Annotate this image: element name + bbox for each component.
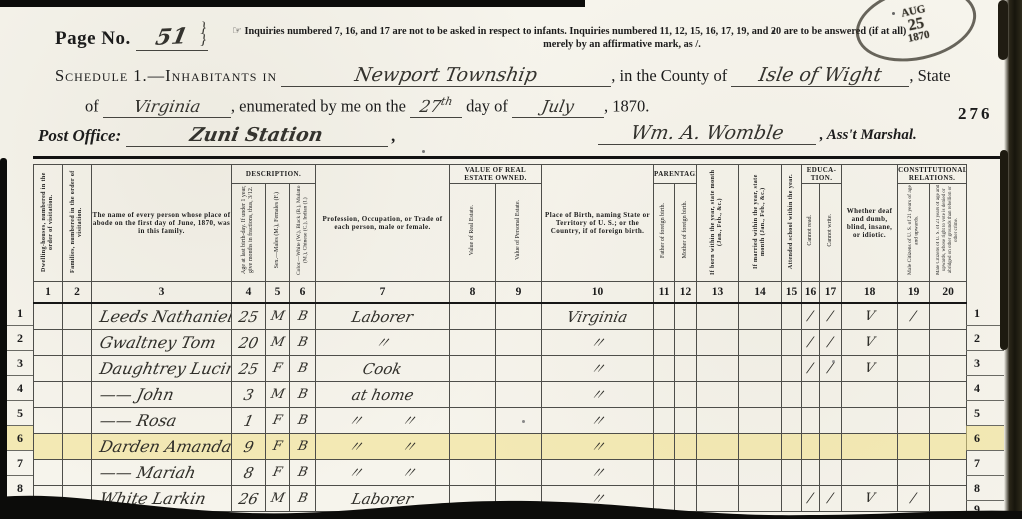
personal-estate-cell <box>496 356 542 382</box>
marshal-line: Wm. A. Womble , Ass't Marshal. <box>598 122 917 145</box>
cannot-write-cell: / <box>820 356 842 382</box>
table-row: Gwaltney Tom 20 M B 〃 〃 / / V <box>34 330 967 356</box>
handwritten-color: B <box>296 387 309 402</box>
of-label: of <box>85 97 99 116</box>
sex-cell: M <box>266 330 290 356</box>
vote-denied-cell <box>930 330 967 356</box>
handwritten-color: B <box>296 413 309 428</box>
occupation-cell: 〃 <box>316 330 450 356</box>
column-number: 7 <box>316 282 450 304</box>
family-cell <box>63 303 92 330</box>
handwritten-name: Leeds Nathaniel <box>98 307 232 326</box>
color-cell: B <box>290 330 316 356</box>
cannot-read-cell <box>802 460 820 486</box>
column-header-text: Dwelling-houses, numbered in the order o… <box>41 167 55 277</box>
age-cell: 8 <box>232 460 266 486</box>
column-number: 11 <box>654 282 675 304</box>
handwritten-sex: M <box>269 335 286 350</box>
handwritten-sex: F <box>271 361 283 376</box>
handwritten-birthplace: Virginia <box>565 308 629 326</box>
age-cell: 9 <box>232 434 266 460</box>
name-cell: Gwaltney Tom <box>92 330 232 356</box>
handwritten-color: B <box>296 439 309 454</box>
dwelling-cell <box>34 382 63 408</box>
row-number: 4 <box>7 376 33 401</box>
handwritten-sex: F <box>271 439 283 454</box>
column-number: 15 <box>782 282 802 304</box>
dwelling-cell <box>34 408 63 434</box>
post-office-comma: , <box>392 126 396 145</box>
name-cell: Leeds Nathaniel <box>92 303 232 330</box>
postmark-stamp: AUG 25 1870 <box>849 0 983 72</box>
handwritten-name: Daughtrey Lucinda <box>98 359 232 378</box>
row-number: 5 <box>7 401 33 426</box>
cannot-read-cell <box>802 382 820 408</box>
father-foreign-cell <box>654 356 675 382</box>
cannot-read-cell: / <box>802 303 820 330</box>
name-cell: —— Mariah <box>92 460 232 486</box>
attended-school-cell <box>782 356 802 382</box>
handwritten-name: —— John <box>98 385 176 404</box>
column-header-text: Color.—White (W.), Black (B.), Mulatto (… <box>296 184 309 276</box>
cannot-write-cell: / <box>820 330 842 356</box>
column-header-personal-estate-value: Value of Personal Estate. <box>496 184 542 282</box>
column-number: 2 <box>63 282 92 304</box>
name-cell: Daughtrey Lucinda <box>92 356 232 382</box>
column-header-male-citizens-denied: Male Citizens of U. S. of 21 years of ag… <box>930 184 967 282</box>
cannot-write-cell <box>820 460 842 486</box>
born-month-cell <box>697 460 739 486</box>
age-cell: 1 <box>232 408 266 434</box>
column-header-text: Families, numbered in the order of visit… <box>70 167 84 277</box>
occupation-cell: Laborer <box>316 303 450 330</box>
handwritten-sex: F <box>271 465 283 480</box>
deaf-dumb-cell: V <box>842 356 898 382</box>
column-header-text: Age at last birth-day. If under 1 year, … <box>241 184 255 276</box>
handwritten-township: Newport Township <box>353 64 539 86</box>
table-row: Darden Amanda 9 F B 〃 〃 〃 <box>34 434 967 460</box>
column-header-text: If born within the year, state month (Ja… <box>710 167 724 277</box>
occupation-cell: at home <box>316 382 450 408</box>
column-number: 5 <box>266 282 290 304</box>
heavy-rule <box>33 156 1008 159</box>
dwelling-cell <box>34 303 63 330</box>
cannot-write-cell <box>820 434 842 460</box>
column-header-sex: Sex.—Males (M.), Females (F.) <box>266 184 290 282</box>
family-cell <box>63 408 92 434</box>
column-number: 12 <box>675 282 697 304</box>
column-header-cannot-read: Cannot read. <box>802 184 820 282</box>
column-header-real-estate-value: Value of Real Estate. <box>450 184 496 282</box>
sex-cell: F <box>266 460 290 486</box>
handwritten-sex: F <box>271 413 283 428</box>
age-cell: 25 <box>232 356 266 382</box>
group-header-constitutional: CONSTITUTIONAL RELATIONS. <box>898 165 967 184</box>
color-cell: B <box>290 460 316 486</box>
father-foreign-cell <box>654 460 675 486</box>
table-row: —— John 3 M B at home 〃 <box>34 382 967 408</box>
father-foreign-cell <box>654 330 675 356</box>
male-citizen-cell <box>898 330 930 356</box>
vote-denied-cell <box>930 460 967 486</box>
row-number: 2 <box>7 326 33 351</box>
mother-foreign-cell <box>675 303 697 330</box>
page-no-label: Page No. <box>55 28 131 49</box>
column-header-mother-foreign: Mother of foreign birth. <box>675 184 697 282</box>
dwelling-cell <box>34 356 63 382</box>
born-month-cell <box>697 303 739 330</box>
handwritten-sex: M <box>269 309 286 324</box>
check-mark: V <box>863 309 876 324</box>
mother-foreign-cell <box>675 460 697 486</box>
family-cell <box>63 382 92 408</box>
male-citizen-cell <box>898 408 930 434</box>
column-header-text: Value of Personal Estate. <box>515 200 522 260</box>
male-citizen-cell <box>898 460 930 486</box>
handwritten-name: Darden Amanda <box>98 437 232 456</box>
column-numbers-row: 1 2 3 4 5 6 7 8 9 10 11 12 13 14 15 16 1… <box>34 282 967 304</box>
attended-school-cell <box>782 330 802 356</box>
color-cell: B <box>290 356 316 382</box>
pointing-hand-icon: ☞ <box>232 24 242 37</box>
handwritten-birthplace: 〃 <box>588 410 607 431</box>
column-header-name: The name of every person whose place of … <box>92 165 232 282</box>
right-row-numbers: 123456789 <box>966 164 1004 517</box>
real-estate-cell <box>450 356 496 382</box>
schedule-heading-line1: Schedule 1.—Inhabitants in Newport Towns… <box>55 64 951 87</box>
handwritten-age: 9 <box>242 438 255 456</box>
page-number-line: Page No. 51 <box>55 24 208 51</box>
scan-top-edge <box>0 0 585 7</box>
married-month-cell <box>739 303 782 330</box>
enumerated-label: , enumerated by me on the <box>231 97 406 116</box>
handwritten-sex: M <box>269 387 286 402</box>
cannot-write-cell <box>820 408 842 434</box>
real-estate-cell <box>450 303 496 330</box>
birthplace-cell: 〃 <box>542 408 654 434</box>
handwritten-day: 27 <box>418 97 442 116</box>
month-field: July <box>512 97 604 118</box>
row-number: 3 <box>966 351 1004 376</box>
male-citizen-cell: / <box>898 303 930 330</box>
color-cell: B <box>290 434 316 460</box>
cannot-write-cell: / <box>820 303 842 330</box>
attended-school-cell <box>782 303 802 330</box>
attended-school-cell <box>782 434 802 460</box>
state-field: Virginia <box>103 97 231 118</box>
deaf-dumb-cell <box>842 382 898 408</box>
column-number: 6 <box>290 282 316 304</box>
handwritten-occupation: 〃 〃 <box>346 410 419 431</box>
column-number: 17 <box>820 282 842 304</box>
column-header-text: Male Citizens of U. S. of 21 years of ag… <box>907 184 920 276</box>
handwritten-age: 1 <box>242 412 255 430</box>
sex-cell: F <box>266 408 290 434</box>
handwritten-occupation: Laborer <box>350 308 415 326</box>
day-field: 27th <box>410 95 462 118</box>
mother-foreign-cell <box>675 356 697 382</box>
row-number: 2 <box>966 326 1004 351</box>
occupation-cell: 〃 〃 <box>316 408 450 434</box>
age-cell: 25 <box>232 303 266 330</box>
mother-foreign-cell <box>675 382 697 408</box>
handwritten-occupation: at home <box>350 386 415 404</box>
row-number: 7 <box>7 451 33 476</box>
vote-denied-cell <box>930 408 967 434</box>
married-month-cell <box>739 356 782 382</box>
column-header-text: Male Citizens of U. S. of 21 years of ag… <box>936 184 960 276</box>
cannot-write-cell <box>820 382 842 408</box>
cannot-read-cell <box>802 434 820 460</box>
table-row: —— Mariah 8 F B 〃 〃 〃 <box>34 460 967 486</box>
color-cell: B <box>290 303 316 330</box>
row-number: 3 <box>7 351 33 376</box>
column-header-profession: Profession, Occupation, or Trade of each… <box>316 165 450 282</box>
vote-denied-cell <box>930 382 967 408</box>
column-number: 4 <box>232 282 266 304</box>
birthplace-cell: Virginia <box>542 303 654 330</box>
table-row: —— Rosa 1 F B 〃 〃 〃 <box>34 408 967 434</box>
color-cell: B <box>290 382 316 408</box>
vote-denied-cell <box>930 356 967 382</box>
column-header-text: If married within the year, state month … <box>753 167 767 277</box>
column-header-text: Attended school within the year. <box>788 174 795 269</box>
handwritten-birthplace: 〃 <box>588 358 607 379</box>
marshal-signature-field: Wm. A. Womble <box>598 122 816 145</box>
cannot-read-cell: / <box>802 330 820 356</box>
vote-denied-cell <box>930 434 967 460</box>
row-number: 5 <box>966 401 1004 426</box>
column-number: 10 <box>542 282 654 304</box>
county-field: Isle of Wight <box>731 64 909 87</box>
deaf-dumb-cell <box>842 460 898 486</box>
father-foreign-cell <box>654 303 675 330</box>
row-number: 4 <box>966 376 1004 401</box>
census-table: Dwelling-houses, numbered in the order o… <box>33 164 967 512</box>
census-scan-page: Page No. 51 } } ☞ Inquiries numbered 7, … <box>0 0 1022 519</box>
county-label: , in the County of <box>611 66 727 85</box>
male-citizen-cell <box>898 434 930 460</box>
real-estate-cell <box>450 330 496 356</box>
handwritten-page-number: 51 <box>153 23 190 51</box>
marshal-title: , Ass't Marshal. <box>820 127 917 143</box>
tally-mark: / <box>910 309 918 324</box>
tally-mark: / <box>807 361 815 376</box>
family-cell <box>63 434 92 460</box>
column-header-text: Cannot write. <box>827 214 834 247</box>
age-cell: 3 <box>232 382 266 408</box>
column-header-color: Color.—White (W.), Black (B.), Mulatto (… <box>290 184 316 282</box>
mother-foreign-cell <box>675 330 697 356</box>
year-suffix: , 1870. <box>604 97 649 116</box>
handwritten-post-office: Zuni Station <box>188 124 325 146</box>
handwritten-name: —— Rosa <box>98 411 179 430</box>
schedule-prefix: Schedule 1.—Inhabitants in <box>55 66 277 85</box>
check-mark: V <box>863 361 876 376</box>
column-number: 1 <box>34 282 63 304</box>
personal-estate-cell <box>496 408 542 434</box>
handwritten-occupation: 〃 <box>373 332 392 353</box>
column-header-text: Sex.—Males (M.), Females (F.) <box>274 192 281 268</box>
mother-foreign-cell <box>675 434 697 460</box>
row-number: 1 <box>7 301 33 326</box>
personal-estate-cell <box>496 434 542 460</box>
handwritten-occupation: Cook <box>361 360 403 378</box>
column-header-male-citizens: Male Citizens of U. S. of 21 years of ag… <box>898 184 930 282</box>
dwelling-cell <box>34 330 63 356</box>
married-month-cell <box>739 382 782 408</box>
male-citizen-cell <box>898 382 930 408</box>
schedule-heading-line2: of Virginia , enumerated by me on the 27… <box>85 95 649 118</box>
deaf-dumb-cell: V <box>842 303 898 330</box>
attended-school-cell <box>782 460 802 486</box>
state-suffix: , State <box>909 66 950 85</box>
post-office-label: Post Office: <box>38 126 121 145</box>
day-suffix: th <box>440 95 454 108</box>
column-number: 3 <box>92 282 232 304</box>
column-number: 9 <box>496 282 542 304</box>
born-month-cell <box>697 408 739 434</box>
cannot-read-cell: / <box>802 356 820 382</box>
handwritten-month: July <box>540 97 575 116</box>
column-number: 16 <box>802 282 820 304</box>
column-header-age: Age at last birth-day. If under 1 year, … <box>232 184 266 282</box>
handwritten-color: B <box>296 361 309 376</box>
father-foreign-cell <box>654 434 675 460</box>
family-cell <box>63 356 92 382</box>
name-cell: —— John <box>92 382 232 408</box>
born-month-cell <box>697 382 739 408</box>
column-header-deaf-dumb: Whether deaf and dumb, blind, insane, or… <box>842 165 898 282</box>
handwritten-marshal-signature: Wm. A. Womble <box>629 122 785 144</box>
handwritten-birthplace: 〃 <box>588 462 607 483</box>
handwritten-birthplace: 〃 <box>588 436 607 457</box>
vote-denied-cell <box>930 303 967 330</box>
deaf-dumb-cell <box>842 434 898 460</box>
sex-cell: M <box>266 382 290 408</box>
handwritten-color: B <box>296 309 309 324</box>
handwritten-name: Gwaltney Tom <box>98 333 218 352</box>
cannot-read-cell <box>802 408 820 434</box>
occupation-cell: 〃 〃 <box>316 460 450 486</box>
handwritten-name: —— Mariah <box>98 463 198 482</box>
real-estate-cell <box>450 434 496 460</box>
name-cell: —— Rosa <box>92 408 232 434</box>
column-header-born-within-year: If born within the year, state month (Ja… <box>697 165 739 282</box>
name-cell: Darden Amanda <box>92 434 232 460</box>
handwritten-age: 8 <box>242 464 255 482</box>
township-field: Newport Township <box>281 64 611 87</box>
born-month-cell <box>697 434 739 460</box>
occupation-cell: Cook <box>316 356 450 382</box>
post-office-field: Zuni Station <box>126 124 388 147</box>
attended-school-cell <box>782 382 802 408</box>
father-foreign-cell <box>654 382 675 408</box>
real-estate-cell <box>450 408 496 434</box>
sex-cell: F <box>266 356 290 382</box>
attended-school-cell <box>782 408 802 434</box>
birthplace-cell: 〃 <box>542 356 654 382</box>
column-number: 20 <box>930 282 967 304</box>
row-number: 6 <box>7 426 33 451</box>
handwritten-occupation: 〃 〃 <box>346 462 419 483</box>
torn-bottom-edge <box>0 491 1022 519</box>
deaf-dumb-cell: V <box>842 330 898 356</box>
column-header-text: Mother of foreign birth. <box>682 201 689 258</box>
column-header-cannot-write: Cannot write. <box>820 184 842 282</box>
color-cell: B <box>290 408 316 434</box>
deaf-dumb-cell <box>842 408 898 434</box>
sex-cell: M <box>266 303 290 330</box>
tally-mark: / <box>827 309 835 324</box>
father-foreign-cell <box>654 408 675 434</box>
group-header-real-estate: VALUE OF REAL ESTATE OWNED. <box>450 165 542 184</box>
birthplace-cell: 〃 <box>542 460 654 486</box>
column-number: 14 <box>739 282 782 304</box>
personal-estate-cell <box>496 303 542 330</box>
real-estate-cell <box>450 460 496 486</box>
column-header-dwellings: Dwelling-houses, numbered in the order o… <box>34 165 63 282</box>
day-of-label: day of <box>466 97 508 116</box>
handwritten-age: 3 <box>242 386 255 404</box>
married-month-cell <box>739 434 782 460</box>
sheet-number: 276 <box>958 104 993 124</box>
family-cell <box>63 460 92 486</box>
handwritten-color: B <box>296 335 309 350</box>
book-binding-strip <box>1004 0 1022 519</box>
handwritten-age: 25 <box>237 360 260 378</box>
column-header-attended-school: Attended school within the year. <box>782 165 802 282</box>
dwelling-cell <box>34 434 63 460</box>
column-header-birthplace: Place of Birth, naming State or Territor… <box>542 165 654 282</box>
birthplace-cell: 〃 <box>542 330 654 356</box>
column-header-married-within-year: If married within the year, state month … <box>739 165 782 282</box>
post-office-line: Post Office: Zuni Station , <box>38 124 396 147</box>
handwritten-county: Isle of Wight <box>757 64 883 86</box>
column-header-text: Father of foreign birth. <box>660 203 667 258</box>
male-citizen-cell <box>898 356 930 382</box>
column-number: 19 <box>898 282 930 304</box>
family-cell <box>63 330 92 356</box>
table-row: Leeds Nathaniel 25 M B Laborer Virginia … <box>34 303 967 330</box>
row-number: 1 <box>966 301 1004 326</box>
personal-estate-cell <box>496 382 542 408</box>
born-month-cell <box>697 330 739 356</box>
tally-mark: / <box>827 361 835 376</box>
personal-estate-cell <box>496 460 542 486</box>
column-header-text: Value of Real Estate. <box>469 205 476 255</box>
tally-mark: / <box>827 335 835 350</box>
personal-estate-cell <box>496 330 542 356</box>
group-header-education: EDUCA-TION. <box>802 165 842 184</box>
column-number: 18 <box>842 282 898 304</box>
handwritten-state: Virginia <box>132 97 202 116</box>
birthplace-cell: 〃 <box>542 434 654 460</box>
row-number: 6 <box>966 426 1004 451</box>
handwritten-age: 20 <box>237 334 260 352</box>
row-number: 7 <box>966 451 1004 476</box>
married-month-cell <box>739 460 782 486</box>
table-row: Daughtrey Lucinda 25 F B Cook 〃 / / V <box>34 356 967 382</box>
brace-marks: } } <box>200 22 207 46</box>
age-cell: 20 <box>232 330 266 356</box>
mother-foreign-cell <box>675 408 697 434</box>
born-month-cell <box>697 356 739 382</box>
handwritten-birthplace: 〃 <box>588 332 607 353</box>
real-estate-cell <box>450 382 496 408</box>
brace-mark: } <box>199 34 208 47</box>
column-header-text: Cannot read. <box>807 215 814 246</box>
